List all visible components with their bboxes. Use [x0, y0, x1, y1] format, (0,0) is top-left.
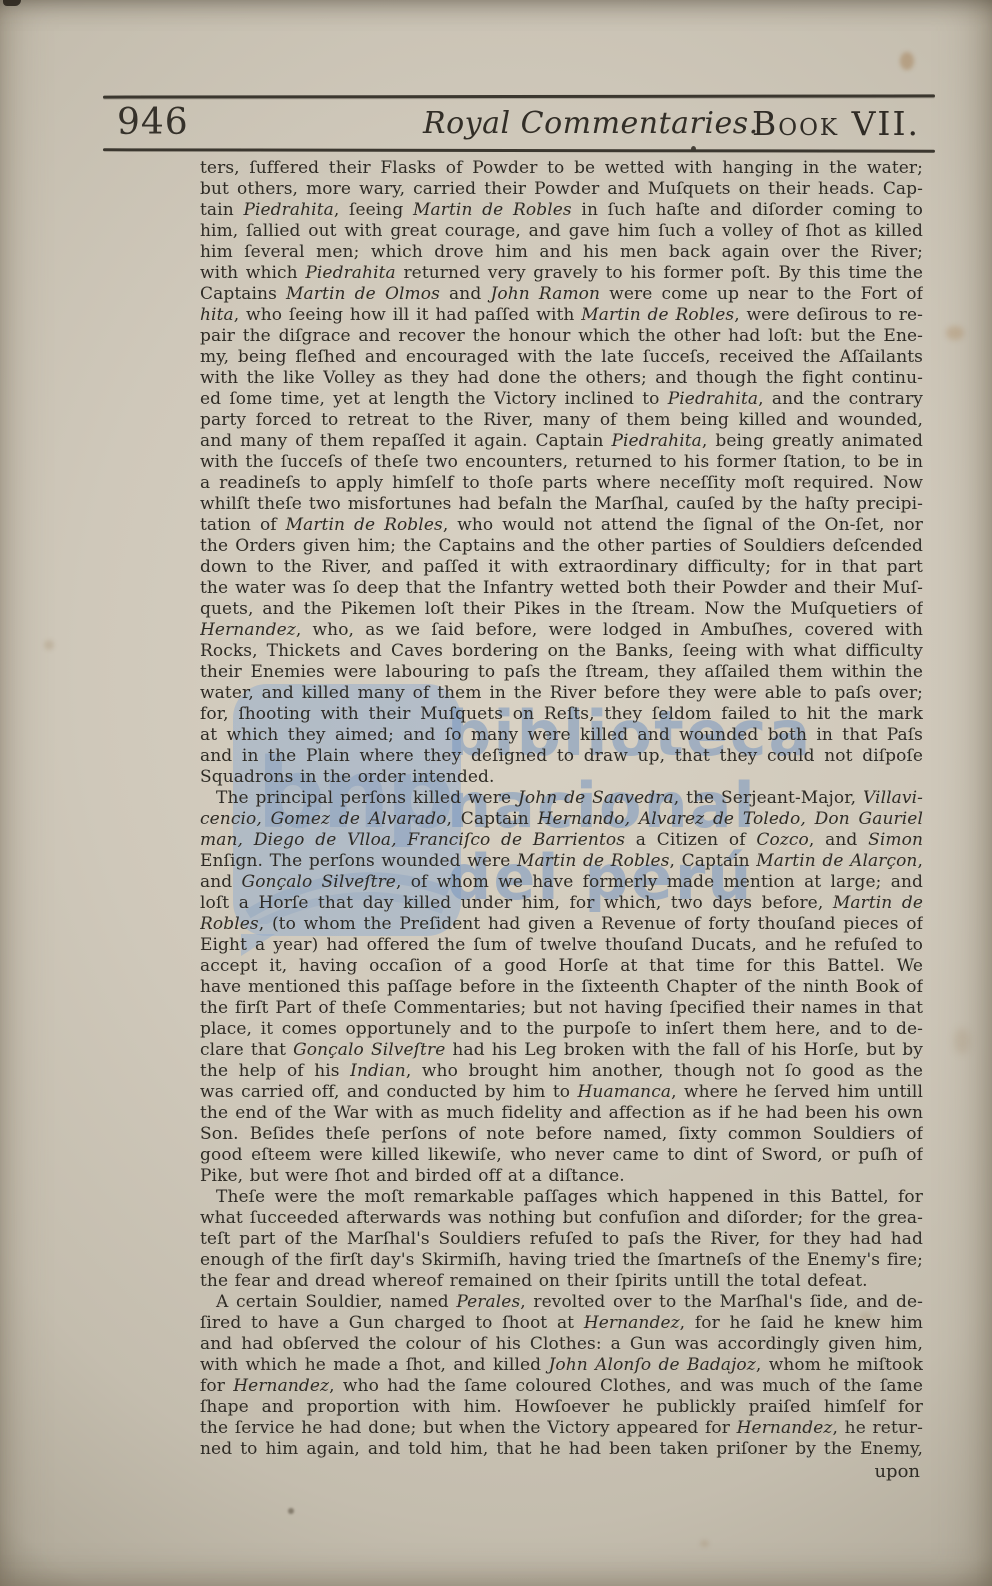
text-line: party forced to retreat to the River, ma… [200, 410, 923, 431]
text-line: and in the Plain where they deſigned to … [200, 746, 923, 767]
text-line: for, ſhooting with their Muſquets on Reſ… [200, 704, 923, 725]
text-line: the Orders given him; the Captains and t… [200, 536, 923, 557]
text-line: and Gonçalo Silveſtre, of whom we have f… [200, 872, 923, 893]
text-line: good eſteem were killed likewiſe, who ne… [200, 1145, 923, 1166]
text-line: hita, who ſeeing how ill it had paſſed w… [200, 305, 923, 326]
text-line: cencio, Gomez de Alvarado, Captain Herna… [200, 809, 923, 830]
page-paper: bnp biblioteca nacional del perú 946 Roy… [0, 0, 992, 1586]
text-line: the end of the War with as much fidelity… [200, 1103, 923, 1124]
header-rule-top [103, 94, 935, 98]
text-line: him, ſallied out with great courage, and… [200, 221, 923, 242]
text-line: Captains Martin de Olmos and John Ramon … [200, 284, 923, 305]
paragraph: The principal perſons killed were John d… [200, 788, 923, 1187]
text-block: ters, ſuffered their Flasks of Powder to… [200, 158, 923, 1460]
text-line: loſt a Horſe that day killed under him, … [200, 893, 923, 914]
text-line: but others, more wary, carried their Pow… [200, 179, 923, 200]
text-line: and many of them repaſſed it again. Capt… [200, 431, 923, 452]
text-line: him ſeveral men; which drove him and his… [200, 242, 923, 263]
text-line: Theſe were the moſt remarkable paſſages … [200, 1187, 923, 1208]
text-line: tation of Martin de Robles, who would no… [200, 515, 923, 536]
text-line: down to the River, and paſſed it with ex… [200, 557, 923, 578]
text-line: for Hernandez, who had the ſame coloured… [200, 1376, 923, 1397]
text-line: ters, ſuffered their Flasks of Powder to… [200, 158, 923, 179]
text-line: Robles, (to whom the Preſident had given… [200, 914, 923, 935]
text-line: A certain Souldier, named Perales, revol… [200, 1292, 923, 1313]
text-line: Pike, but were ſhot and birded off at a … [200, 1166, 923, 1187]
text-line: what ſucceeded afterwards was nothing bu… [200, 1208, 923, 1229]
text-line: with which he made a ſhot, and killed Jo… [200, 1355, 923, 1376]
text-line: the firſt Part of theſe Commentaries; bu… [200, 998, 923, 1019]
text-line: Enſign. The perſons wounded were Martin … [200, 851, 923, 872]
text-line: at which they aimed; and ſo many were ki… [200, 725, 923, 746]
running-title: Royal Commentaries. [423, 106, 759, 141]
text-line: with the like Volley as they had done th… [200, 368, 923, 389]
text-line: clare that Gonçalo Silveſtre had his Leg… [200, 1040, 923, 1061]
text-line: place, it comes opportunely and to the p… [200, 1019, 923, 1040]
text-line: Eight a year) had offered the ſum of twe… [200, 935, 923, 956]
text-line: ned to him again, and told him, that he … [200, 1439, 923, 1460]
text-line: was carried off, and conducted by him to… [200, 1082, 923, 1103]
text-line: Son. Beſides theſe perſons of note befor… [200, 1124, 923, 1145]
text-line: ſired to have a Gun charged to ſhoot at … [200, 1313, 923, 1334]
text-line: Rocks, Thickets and Caves bordering on t… [200, 641, 923, 662]
page-number: 946 [117, 102, 189, 143]
text-line: man, Diego de Vlloa, Franciſco de Barrie… [200, 830, 923, 851]
text-line: tain Piedrahita, ſeeing Martin de Robles… [200, 200, 923, 221]
text-line: enough of the firſt day's Skirmiſh, havi… [200, 1250, 923, 1271]
paragraph: Theſe were the moſt remarkable paſſages … [200, 1187, 923, 1292]
text-line: and had obſerved the colour of his Cloth… [200, 1334, 923, 1355]
text-line: water, and killed many of them in the Ri… [200, 683, 923, 704]
text-line: ed ſome time, yet at length the Victory … [200, 389, 923, 410]
header-rule-bottom [103, 148, 935, 152]
book-label: Book VII. [752, 104, 920, 143]
text-line: quets, and the Pikemen loſt their Pikes … [200, 599, 923, 620]
text-line: with the ſucceſs of theſe two encounters… [200, 452, 923, 473]
text-line: their Enemies were labouring to paſs the… [200, 662, 923, 683]
text-line: the ſervice he had done; but when the Vi… [200, 1418, 923, 1439]
catchword: upon [874, 1461, 920, 1482]
text-line: Hernandez, who, as we ſaid before, were … [200, 620, 923, 641]
text-line: the help of his Indian, who brought him … [200, 1061, 923, 1082]
text-line: teſt part of the Marſhal's Souldiers ref… [200, 1229, 923, 1250]
paragraph: ters, ſuffered their Flasks of Powder to… [200, 158, 923, 788]
scan-edge-artifact [3, 0, 21, 6]
text-line: ſhape and proportion with him. Howſoever… [200, 1397, 923, 1418]
text-line: whilſt theſe two misfortunes had befaln … [200, 494, 923, 515]
text-line: the water was ſo deep that the Infantry … [200, 578, 923, 599]
text-line: pair the diſgrace and recover the honour… [200, 326, 923, 347]
text-line: Squadrons in the order intended. [200, 767, 923, 788]
text-line: accept it, having occaſion of a good Hor… [200, 956, 923, 977]
text-line: have mentioned this paſſage before in th… [200, 977, 923, 998]
text-line: a readineſs to apply himſelf to thoſe pa… [200, 473, 923, 494]
text-line: with which Piedrahita returned very grav… [200, 263, 923, 284]
text-line: my, being fleſhed and encouraged with th… [200, 347, 923, 368]
text-line: The principal perſons killed were John d… [200, 788, 923, 809]
text-line: the fear and dread whereof remained on t… [200, 1271, 923, 1292]
paragraph: A certain Souldier, named Perales, revol… [200, 1292, 923, 1460]
